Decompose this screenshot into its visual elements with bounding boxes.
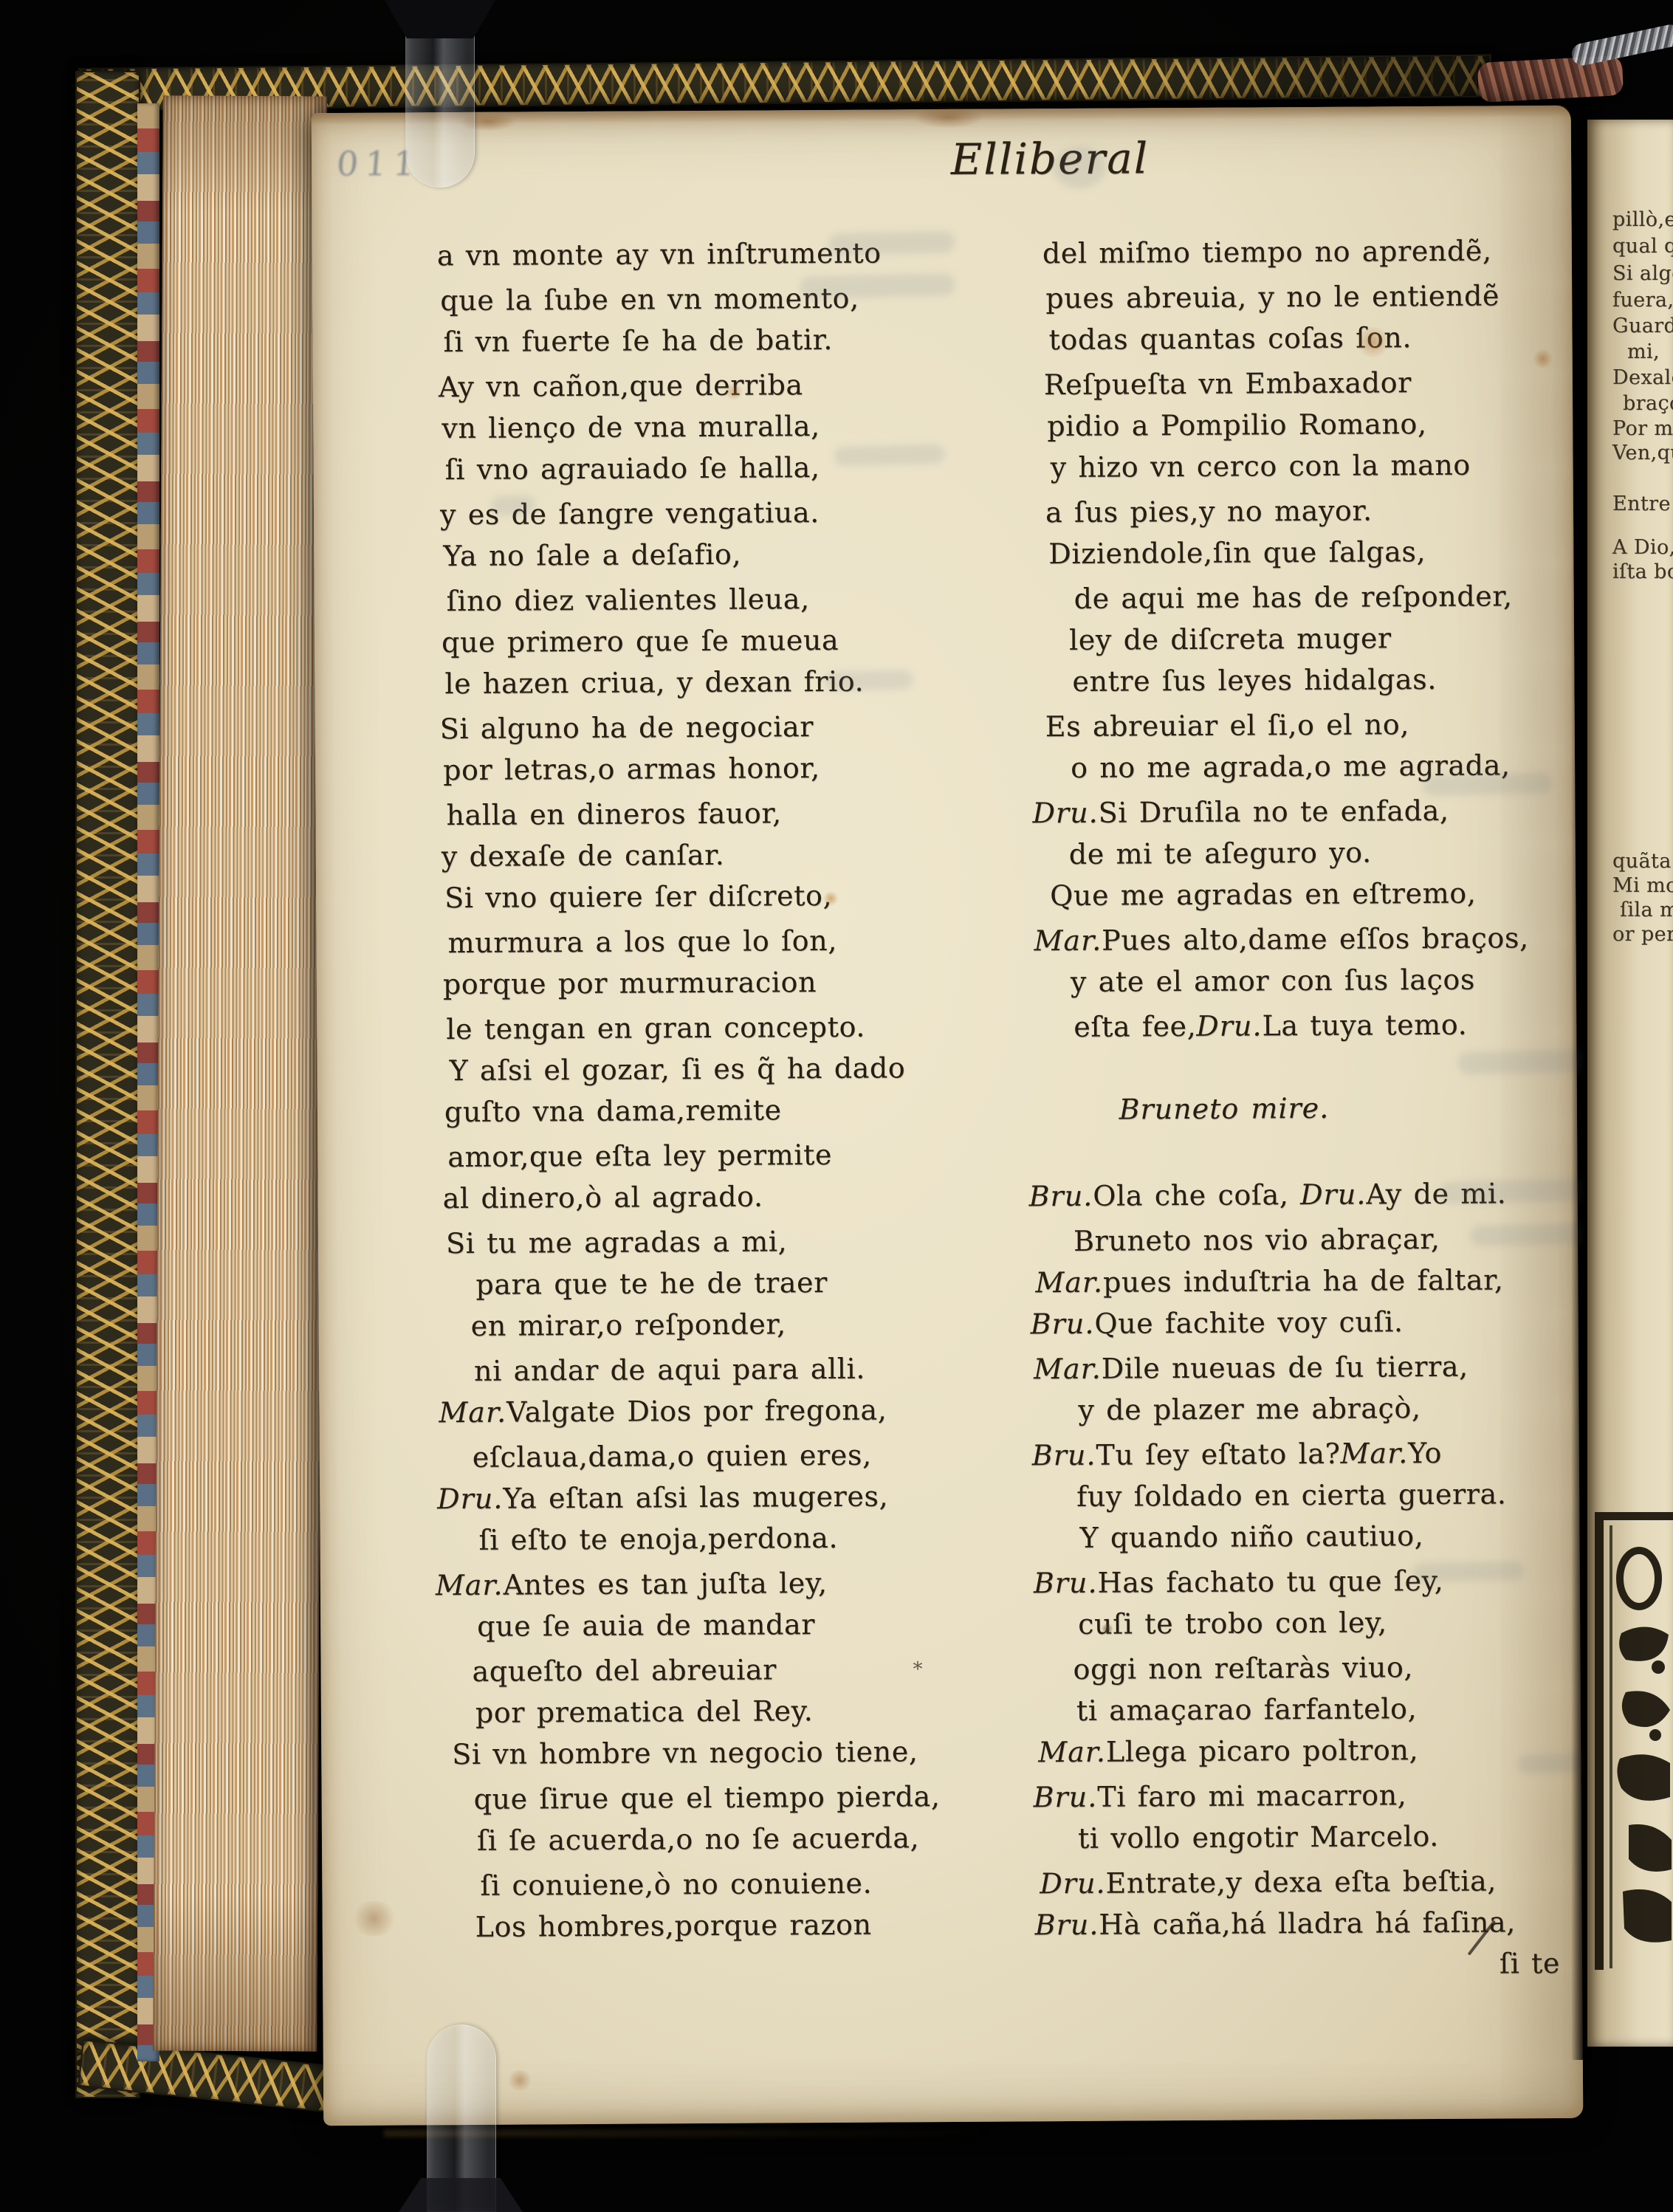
bleedthrough-ghost <box>828 230 955 255</box>
verse-line: Bru.Hà caña,há lladra há faſina, <box>1035 1903 1516 1944</box>
foxing-spot <box>350 1901 397 1937</box>
verse-line: Bru.Tu ſey eſtato la?Mar.Yo <box>1032 1434 1443 1474</box>
verse-line: por prematica del Rey. <box>475 1691 814 1732</box>
binding-cord <box>1570 23 1673 68</box>
facing-page-fragment: Dexale, <box>1612 367 1673 389</box>
verse-line: del miſmo tiempo no aprendẽ, <box>1042 231 1492 272</box>
verse-line: a ſus pies,y no mayor. <box>1045 491 1373 532</box>
verse-line: Si alguno ha de negociar <box>440 707 814 748</box>
verse-line: para que te he de traer <box>475 1263 828 1304</box>
verse-line: Bru.Ola che coſa, Dru.Ay de mi. <box>1029 1174 1507 1215</box>
ink-mark: * <box>913 1658 922 1680</box>
verse-line: Bruneto nos vio abraçar, <box>1073 1220 1440 1260</box>
facing-page-fragment: qual qu <box>1612 236 1673 258</box>
facing-page-fragment: A Dio,que <box>1612 537 1673 559</box>
retaining-strap-top-head <box>385 0 495 38</box>
facing-page-fragment: Por mi,qu <box>1612 418 1673 440</box>
facing-page-fragment: Guarda,q <box>1612 315 1673 337</box>
verse-line: por letras,o armas honor, <box>443 749 820 789</box>
verse-line: cuſi te trobo con ley, <box>1078 1603 1387 1643</box>
book-page: Elliberal 011 a vn monte ay vn inſtrumen… <box>312 106 1584 2126</box>
verse-line: y dexaſe de canſar. <box>442 836 725 876</box>
verse-line: Y aſsi el gozar, ſi es q̃ ha dado <box>449 1048 905 1090</box>
verse-line: pidio a Pompilio Romano, <box>1047 405 1427 445</box>
verse-line: pues abreuia, y no le entiendẽ <box>1045 276 1499 317</box>
verse-line: ſi eſto te enoja,perdona. <box>478 1519 838 1559</box>
verse-line: que ſe auia de mandar <box>477 1605 815 1646</box>
verse-line: que ſirue que el tiempo pierda, <box>473 1777 940 1818</box>
verse-line: ni andar de aqui para alli. <box>474 1350 865 1390</box>
stage-direction: Bruneto mire. <box>1032 1088 1416 1129</box>
verse-line: ſi ſe acuerda,o no ſe acuerda, <box>477 1818 920 1860</box>
verse-line: Bru.Que fachite voy cuſi. <box>1031 1302 1404 1343</box>
verse-line: Si vn hombre vn negocio tiene, <box>452 1732 918 1773</box>
verse-line: y hizo vn cerco con la mano <box>1050 446 1470 487</box>
foxing-spot <box>506 2070 533 2090</box>
headband <box>1477 55 1624 103</box>
bleedthrough-ghost <box>1423 772 1553 796</box>
verse-line: ti vollo engotir Marcelo. <box>1078 1817 1439 1858</box>
verse-line: Ya no ſale a deſafio, <box>443 535 741 575</box>
verse-line: porque por murmuracion <box>443 963 817 1003</box>
verse-line: Dru.Ya eſtan aſsi las mugeres, <box>437 1477 888 1518</box>
verse-line: Que me agradas en eſtremo, <box>1050 874 1477 916</box>
verse-line: que la ſube en vn momento, <box>440 279 859 320</box>
facing-page-fragment: braço. <box>1623 393 1673 415</box>
verse-line: Mar.Llega picaro poltron, <box>1038 1731 1418 1771</box>
verse-line: Si tu me agradas a mi, <box>446 1222 788 1263</box>
bleedthrough-ghost <box>1413 1561 1525 1583</box>
verse-line: Mar.Antes es tan juſta ley, <box>436 1564 828 1604</box>
verse-line: fuy ſoldado en cierta guerra. <box>1076 1474 1507 1516</box>
book-photo: Elliberal 011 a vn monte ay vn inſtrumen… <box>0 0 1673 2212</box>
verse-line: Mar.Valgate Dios por fregona, <box>439 1391 887 1432</box>
verse-line: Mar.Pues alto,dame eſſos braços, <box>1034 918 1528 960</box>
page-block-edges <box>153 95 327 2051</box>
facing-page-fragment: ſila me h <box>1620 899 1673 921</box>
verse-line: Mar.pues induſtria ha de faltar, <box>1035 1260 1503 1302</box>
verse-line: Dru.Entrate,y dexa eſta beſtia, <box>1040 1861 1497 1903</box>
verse-line: ti amaçarao farfantelo, <box>1076 1689 1418 1730</box>
verse-line: Dru.Si Druſila no te enfada, <box>1032 791 1449 832</box>
verse-line: le hazen criua, y dexan frio. <box>444 662 864 703</box>
catchword: ſi te <box>1037 1944 1560 1985</box>
verse-line: ſi vno agrauiado ſe halla, <box>444 448 820 489</box>
verse-line: Mar.Dile nueuas de ſu tierra, <box>1034 1347 1468 1389</box>
foxing-spot <box>1533 349 1553 368</box>
verse-line: eſta fee,Dru.La tuya temo. <box>1073 1006 1467 1046</box>
verse-line: Y quando niño cautiuo, <box>1079 1517 1423 1557</box>
verse-line: Bru.Has fachato tu que ſey, <box>1034 1562 1444 1602</box>
verse-line: le tengan en gran concepto. <box>446 1008 865 1048</box>
verse-line: Si vno quiere ſer diſcreto, <box>444 876 832 917</box>
facing-page-fragment: pillò,en l <box>1612 209 1673 231</box>
verse-line: guſto vna dama,remite <box>444 1090 782 1131</box>
verse-line: de mi te aſeguro yo. <box>1069 833 1372 873</box>
facing-page-fragment: Mi moro di <box>1612 875 1673 897</box>
facing-page-fragment: iſta bol <box>1612 561 1673 583</box>
woodcut-ornament <box>1587 1508 1673 1980</box>
verse-line: ley de diſcreta muger <box>1069 619 1392 659</box>
bleedthrough-ghost <box>800 273 955 299</box>
foxing-spot <box>1355 326 1390 357</box>
verse-line: halla en dineros fauor, <box>446 794 782 834</box>
verse-line: Reſpueſta vn Embaxador <box>1044 363 1412 404</box>
verse-line: ſi vn fuerte ſe ha de batir. <box>443 320 833 361</box>
verse-line: amor,que eſta ley permite <box>447 1136 832 1176</box>
facing-page-fragment: quãta bon <box>1612 851 1673 873</box>
verse-line: Bru.Ti faro mi macarron, <box>1033 1776 1406 1816</box>
bleedthrough-ghost <box>1440 1178 1592 1204</box>
verse-line: ſi conuiene,ò no conuiene. <box>480 1864 872 1905</box>
facing-page-fragment: Entre <box>1612 493 1671 515</box>
verse-line: oggi non reſtaràs viuo, <box>1073 1648 1413 1689</box>
verse-line: de aqui me has de reſponder, <box>1074 577 1513 618</box>
bleedthrough-ghost <box>824 670 913 691</box>
verse-line: vn lienço de vna muralla, <box>442 407 820 447</box>
facing-page-sliver: pillò,en lqual quSi algo qufuera,yGuarda… <box>1587 120 1673 2047</box>
facing-page-fragment: mi, <box>1627 341 1660 363</box>
foxing-spot <box>724 384 744 400</box>
verse-line: ſino diez valientes lleua, <box>447 580 810 620</box>
verse-line: Es abreuiar el ſi,o el no, <box>1045 705 1410 746</box>
verse-line: en mirar,o reſponder, <box>471 1305 786 1345</box>
bleedthrough-ghost <box>834 444 945 467</box>
verse-line: murmura a los que lo ſon, <box>447 921 837 962</box>
foxing-spot <box>913 106 984 129</box>
bleedthrough-ghost <box>491 495 536 515</box>
retaining-strap-bottom-foot <box>399 2178 523 2212</box>
verse-line: al dinero,ò al agrado. <box>443 1178 763 1218</box>
facing-page-fragment: fuera,y <box>1612 289 1673 312</box>
facing-page-fragment: Ven,que p <box>1612 442 1673 464</box>
verse-line: Ay vn cañon,que derriba <box>439 365 803 406</box>
verse-line: entre ſus leyes hidalgas. <box>1072 660 1437 701</box>
facing-page-fragment: or perche <box>1612 924 1673 946</box>
verse-line: aqueſto del abreuiar <box>472 1650 777 1691</box>
foxing-spot <box>822 891 839 906</box>
verse-line: y de plazer me abraçò, <box>1078 1389 1420 1429</box>
gilt-binding-edge-left <box>75 71 140 2098</box>
verse-column-right: del miſmo tiempo no aprendẽ,pues abreuia… <box>1027 233 1554 236</box>
verse-line: eſclaua,dama,o quien eres, <box>473 1436 872 1477</box>
running-header: Elliberal <box>821 132 1279 185</box>
verse-line: y ate el amor con ſus laços <box>1071 961 1475 1001</box>
verse-line: Diziendole,ſin que ſalgas, <box>1048 532 1426 573</box>
verse-line: Los hombres,porque razon <box>475 1906 872 1946</box>
foxing-spot <box>1102 1624 1113 1635</box>
verse-line: que primero que ſe mueua <box>442 621 839 662</box>
facing-page-fragment: Si algo qu <box>1612 263 1673 285</box>
verse-line: a vn monte ay vn inſtrumento <box>437 234 882 275</box>
